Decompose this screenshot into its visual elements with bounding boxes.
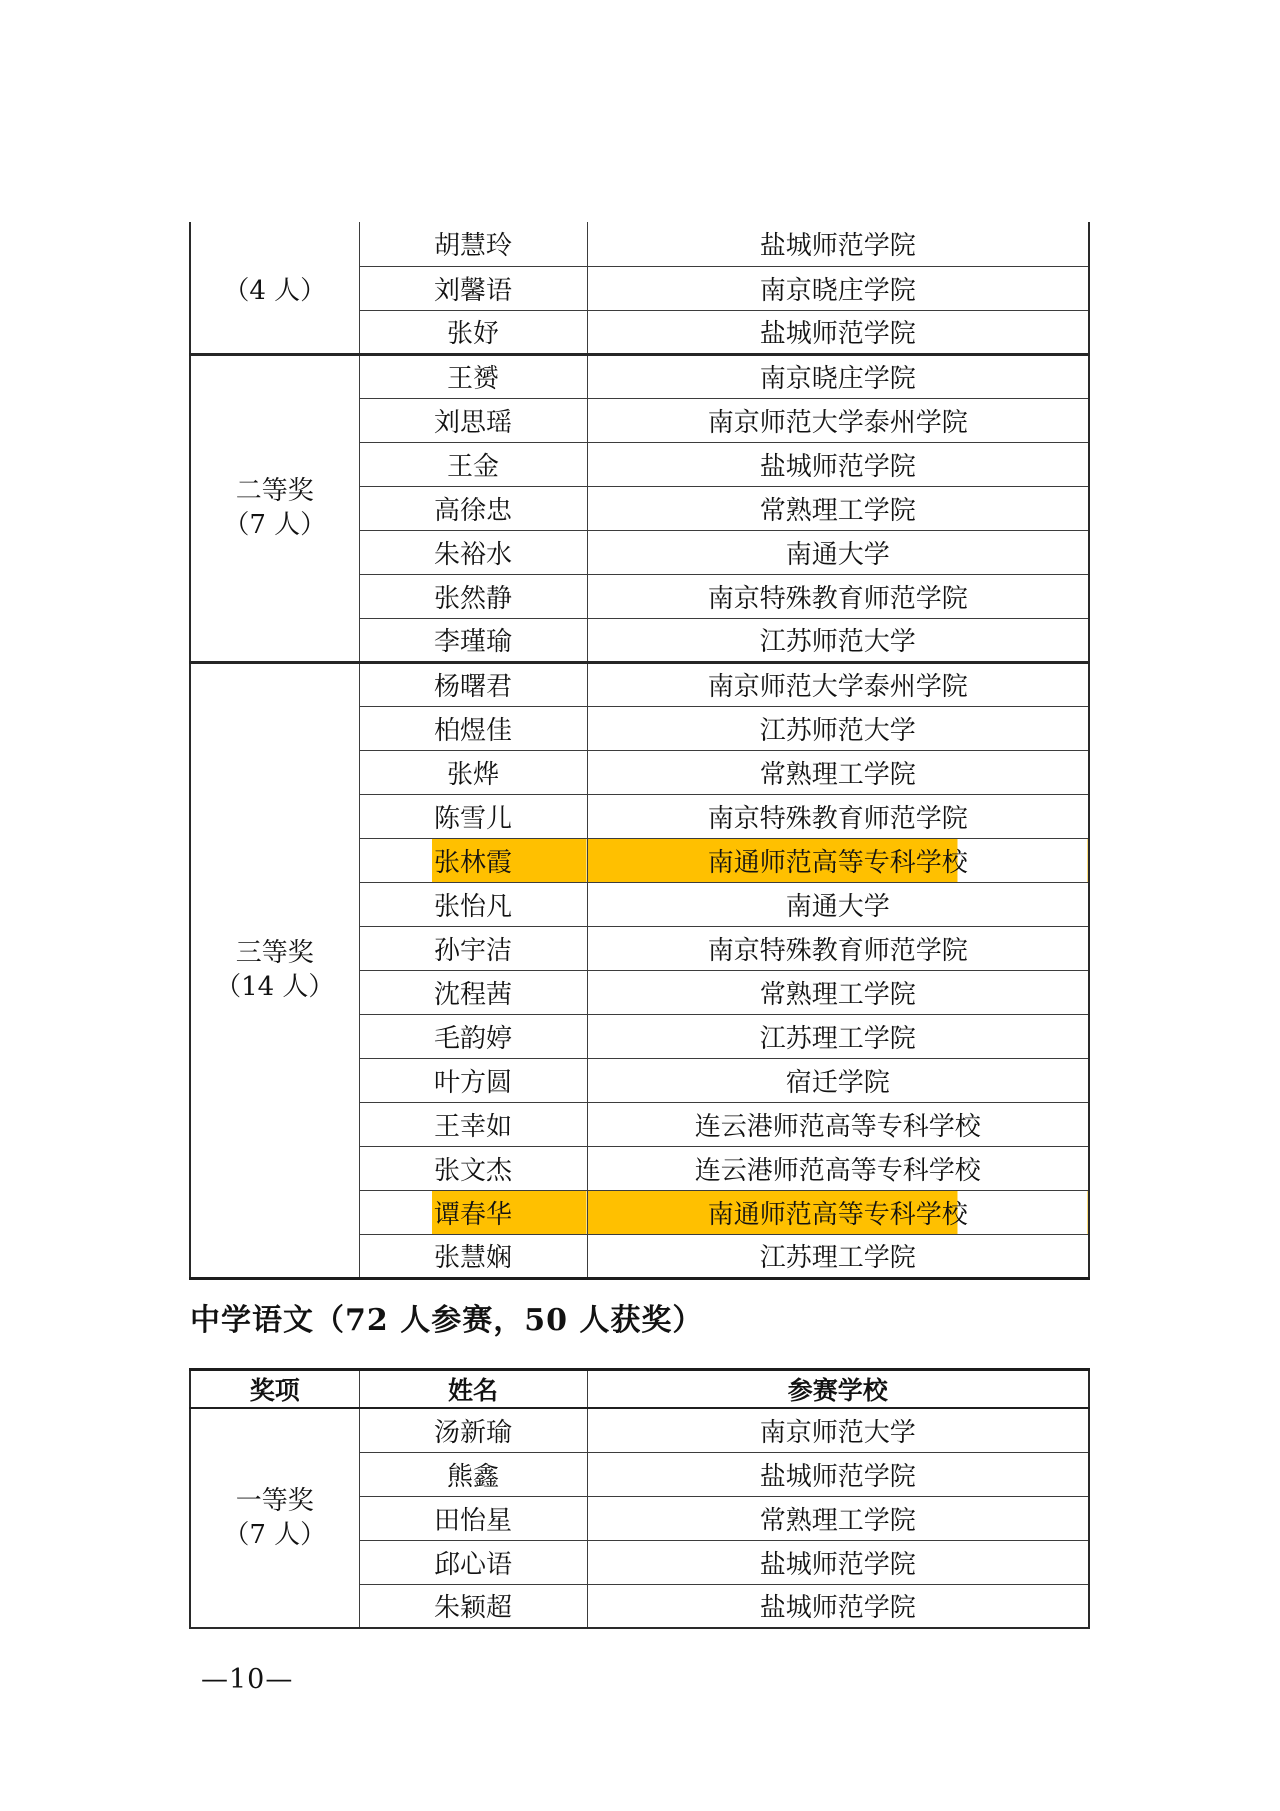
school-cell: 江苏理工学院 — [587, 1014, 1089, 1058]
column-header-school: 参赛学校 — [587, 1370, 1089, 1409]
award-label-line: （7 人） — [191, 1518, 359, 1552]
award-label-line: （14 人） — [191, 970, 359, 1004]
name-cell: 张文杰 — [359, 1146, 587, 1190]
name-cell: 王金 — [359, 442, 587, 486]
name-cell: 邱心语 — [359, 1540, 587, 1584]
school-cell: 宿迁学院 — [587, 1058, 1089, 1102]
name-cell: 王幸如 — [359, 1102, 587, 1146]
name-cell: 朱颖超 — [359, 1584, 587, 1628]
school-cell: 南通大学 — [587, 530, 1089, 574]
school-cell: 盐城师范学院 — [587, 1452, 1089, 1496]
school-cell: 南京特殊教育师范学院 — [587, 574, 1089, 618]
school-cell: 南京师范大学泰州学院 — [587, 398, 1089, 442]
table-header-row: 奖项 姓名 参赛学校 — [190, 1370, 1089, 1409]
highlighted-school-cell: 南通师范高等专科学校 — [587, 1190, 1089, 1234]
name-cell: 毛韵婷 — [359, 1014, 587, 1058]
school-cell: 常熟理工学院 — [587, 1496, 1089, 1540]
name-cell: 熊鑫 — [359, 1452, 587, 1496]
award-cell-third-prize: 三等奖 （14 人） — [190, 662, 359, 1278]
award-label-line: 一等奖 — [191, 1484, 359, 1518]
school-cell: 江苏师范大学 — [587, 618, 1089, 662]
school-cell: 常熟理工学院 — [587, 486, 1089, 530]
school-cell: 南京师范大学泰州学院 — [587, 662, 1089, 706]
school-cell: 南通大学 — [587, 882, 1089, 926]
name-cell: 陈雪儿 — [359, 794, 587, 838]
school-cell: 盐城师范学院 — [587, 1540, 1089, 1584]
name-cell: 柏煜佳 — [359, 706, 587, 750]
name-cell: 张妤 — [359, 310, 587, 354]
award-cell-first-prize-continued: （4 人） — [190, 222, 359, 354]
award-label-line: 三等奖 — [191, 936, 359, 970]
name-cell: 张慧娴 — [359, 1234, 587, 1278]
school-cell: 常熟理工学院 — [587, 750, 1089, 794]
school-cell: 南京晓庄学院 — [587, 266, 1089, 310]
school-cell: 南京师范大学 — [587, 1408, 1089, 1452]
name-cell: 田怡星 — [359, 1496, 587, 1540]
awards-table-middle-school-chinese: 奖项 姓名 参赛学校 一等奖 （7 人） 汤新瑜 南京师范大学 熊鑫 盐城师范学… — [189, 1368, 1090, 1629]
school-cell: 盐城师范学院 — [587, 1584, 1089, 1628]
name-cell: 高徐忠 — [359, 486, 587, 530]
school-cell: 常熟理工学院 — [587, 970, 1089, 1014]
school-cell: 连云港师范高等专科学校 — [587, 1146, 1089, 1190]
page-number: —10— — [201, 1664, 293, 1695]
school-cell: 南京特殊教育师范学院 — [587, 794, 1089, 838]
school-cell: 盐城师范学院 — [587, 442, 1089, 486]
award-label-line: 二等奖 — [191, 474, 359, 508]
name-cell: 张烨 — [359, 750, 587, 794]
highlighted-name-cell: 谭春华 — [359, 1190, 587, 1234]
award-cell-second-prize: 二等奖 （7 人） — [190, 354, 359, 662]
name-cell: 张然静 — [359, 574, 587, 618]
name-cell: 沈程茜 — [359, 970, 587, 1014]
school-cell: 江苏理工学院 — [587, 1234, 1089, 1278]
school-cell: 南京晓庄学院 — [587, 354, 1089, 398]
column-header-award: 奖项 — [190, 1370, 359, 1409]
name-cell: 张怡凡 — [359, 882, 587, 926]
name-cell: 孙宇洁 — [359, 926, 587, 970]
school-cell: 盐城师范学院 — [587, 222, 1089, 266]
name-cell: 朱裕水 — [359, 530, 587, 574]
award-label-line: （4 人） — [191, 268, 359, 306]
school-cell: 连云港师范高等专科学校 — [587, 1102, 1089, 1146]
school-cell: 盐城师范学院 — [587, 310, 1089, 354]
section-heading: 中学语文（72 人参赛，50 人获奖） — [190, 1295, 703, 1339]
table-row: 二等奖 （7 人） 王赟 南京晓庄学院 — [190, 354, 1089, 398]
table-row: （4 人） 胡慧玲 盐城师范学院 — [190, 222, 1089, 266]
name-cell: 刘思瑶 — [359, 398, 587, 442]
table-row: 三等奖 （14 人） 杨曙君 南京师范大学泰州学院 — [190, 662, 1089, 706]
name-cell: 叶方圆 — [359, 1058, 587, 1102]
name-cell: 李瑾瑜 — [359, 618, 587, 662]
award-label-line: （7 人） — [191, 508, 359, 542]
name-cell: 刘馨语 — [359, 266, 587, 310]
awards-table-continued: （4 人） 胡慧玲 盐城师范学院 刘馨语 南京晓庄学院 张妤 盐城师范学院 二等… — [189, 222, 1090, 1280]
school-cell: 南京特殊教育师范学院 — [587, 926, 1089, 970]
highlighted-school-cell: 南通师范高等专科学校 — [587, 838, 1089, 882]
name-cell: 王赟 — [359, 354, 587, 398]
name-cell: 胡慧玲 — [359, 222, 587, 266]
school-cell: 江苏师范大学 — [587, 706, 1089, 750]
column-header-name: 姓名 — [359, 1370, 587, 1409]
highlighted-name-cell: 张林霞 — [359, 838, 587, 882]
name-cell: 汤新瑜 — [359, 1408, 587, 1452]
table-row: 一等奖 （7 人） 汤新瑜 南京师范大学 — [190, 1408, 1089, 1452]
award-cell-first-prize: 一等奖 （7 人） — [190, 1408, 359, 1628]
name-cell: 杨曙君 — [359, 662, 587, 706]
